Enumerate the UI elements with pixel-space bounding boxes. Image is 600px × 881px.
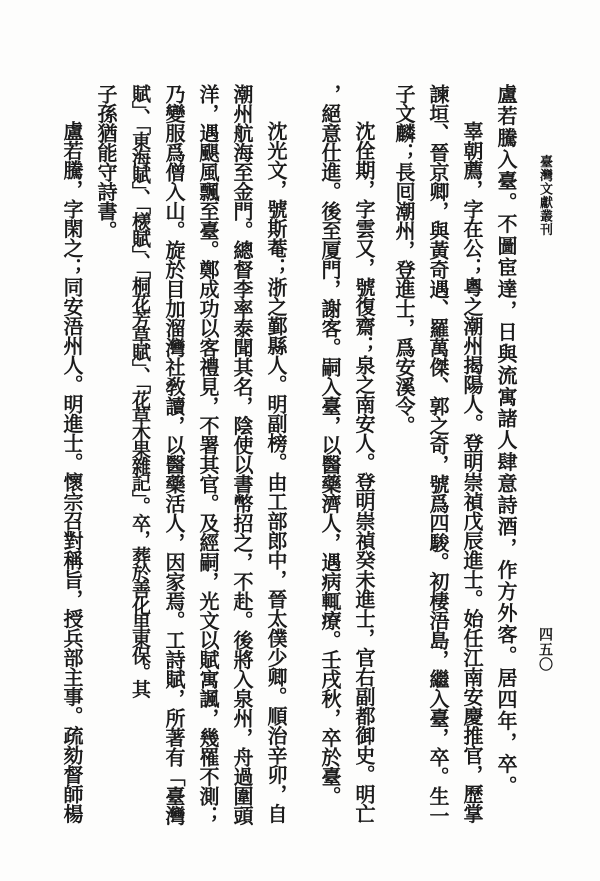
text-column: 洋，遇颶風飄至臺。鄭成功以客禮見，不署其官。及經嗣，光文以賦寓諷，幾罹不測；: [190, 84, 224, 864]
text-block: 盧若騰入臺。不圖宦達，日與流寓諸人肆意詩酒，作方外客。居四年，卒。 辜朝薦，字在…: [54, 84, 522, 864]
text-column: 子文麟；長囘潮州，登進士，爲安溪令。: [386, 84, 420, 864]
running-header-series-title: 臺灣文獻叢刊: [536, 155, 554, 236]
text-column: 乃變服爲僧入山。旋於目加溜灣社敎讀，以醫藥活人，因家焉。工詩賦，所著有「臺灣: [156, 84, 190, 864]
text-column: 諫垣、晉京卿，與黃奇遇、羅萬傑、郭之奇，號爲四駿。初棲浯島，繼入臺，卒。生一: [420, 84, 454, 864]
text-column: 子孫猶能守詩書。: [88, 84, 122, 864]
text-column: 辜朝薦，字在公；粵之潮州揭陽人。登明崇禎戊辰進士。始任江南安慶推官，歷掌: [454, 84, 488, 864]
text-column: 沈佺期，字雲又，號復齋；泉之南安人。登明崇禎癸未進士，官右副都御史。明亡: [346, 84, 380, 864]
text-column: 賦」、「東海賦」、「檨賦」、「桐花芳草賦」、「花草木果雜記」。卒，葬於善化里東保…: [122, 84, 156, 864]
text-column: 沈光文，號斯菴；浙之鄞縣人。明副榜。由工部郎中，晉太僕少卿。順治辛卯，自: [258, 84, 292, 864]
text-column: 潮州航海至金門。總督李率泰聞其名，陰使以書幣招之，不赴。後將入泉州，舟過圍頭: [224, 84, 258, 864]
text-column: 盧若騰，字閑之；同安浯州人。明進士。懷宗召對稱旨，授兵部主事。疏劾督師楊: [54, 84, 88, 864]
page-number: 四五〇: [535, 627, 553, 672]
text-column: ，絕意仕進。後至厦門，謝客。嗣入臺，以醫藥濟人，遇病輒療。壬戌秋，卒於臺。: [312, 84, 346, 864]
book-page: 臺灣文獻叢刊 四五〇 盧若騰入臺。不圖宦達，日與流寓諸人肆意詩酒，作方外客。居四…: [0, 0, 600, 881]
text-column: 盧若騰入臺。不圖宦達，日與流寓諸人肆意詩酒，作方外客。居四年，卒。: [488, 84, 522, 864]
